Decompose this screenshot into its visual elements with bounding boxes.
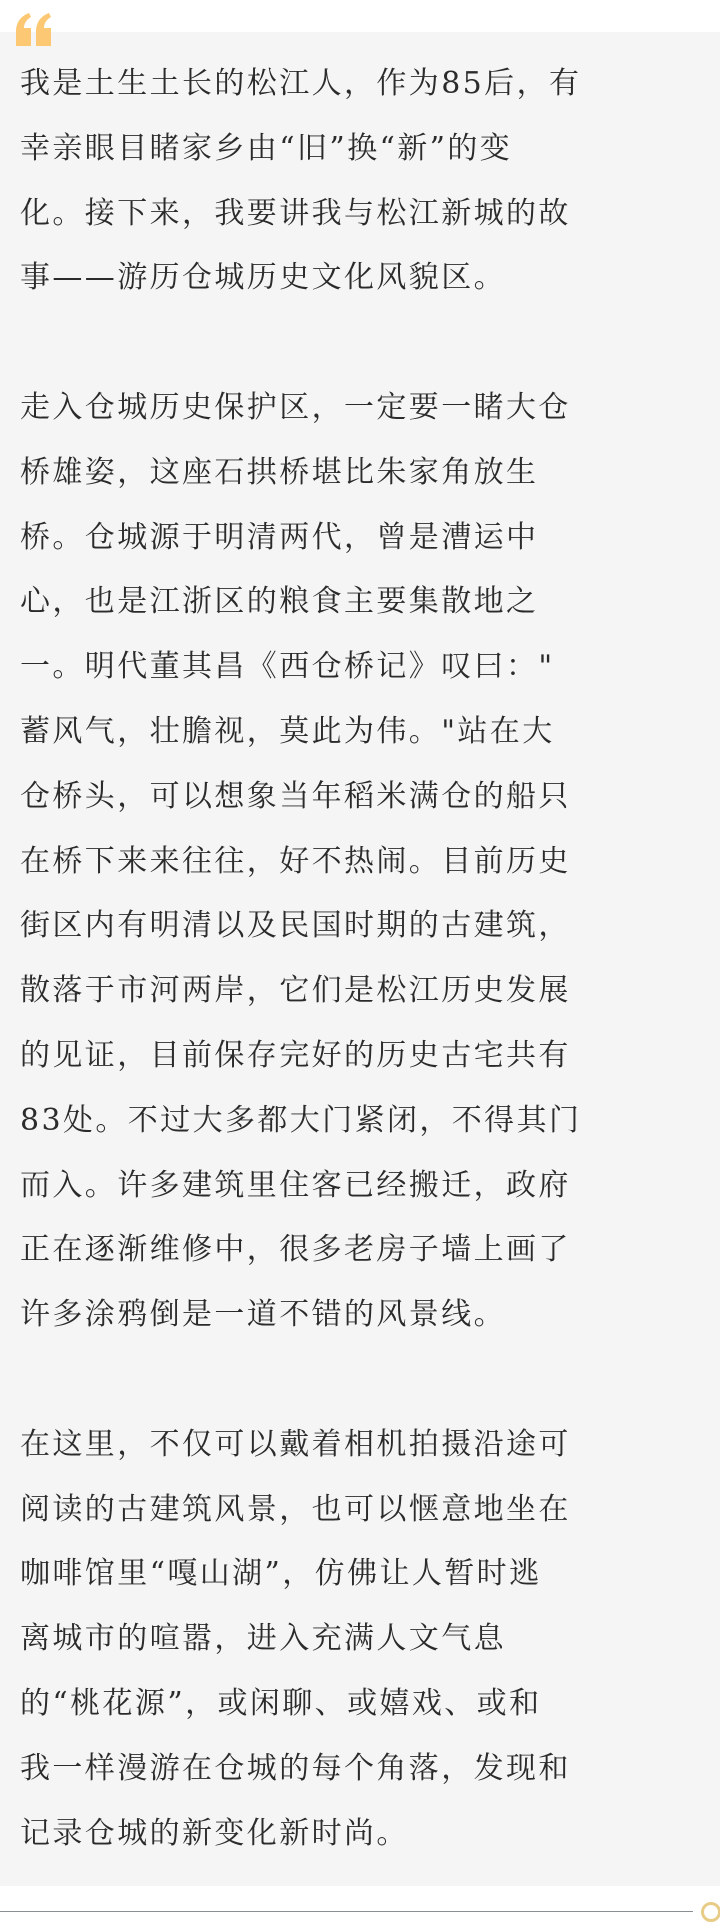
text-line: 记录仓城的新变化新时尚。: [20, 1802, 706, 1867]
text-line: 桥。仓城源于明清两代，曾是漕运中: [20, 506, 706, 571]
paragraph-leisure: 在这里，不仅可以戴着相机拍摄沿途可 阅读的古建筑风景，也可以惬意地坐在 咖啡馆里…: [20, 1413, 706, 1867]
text-line: 许多涂鸦倒是一道不错的风景线。: [20, 1283, 706, 1348]
text-line: 在这里，不仅可以戴着相机拍摄沿途可: [20, 1413, 706, 1478]
text-line: 仓桥头，可以想象当年稻米满仓的船只: [20, 765, 706, 830]
paragraph-history: 走入仓城历史保护区，一定要一睹大仓 桥雄姿，这座石拱桥堪比朱家角放生 桥。仓城源…: [20, 376, 706, 1348]
text-line: 事——游历仓城历史文化风貌区。: [20, 246, 706, 311]
text-line: 阅读的古建筑风景，也可以惬意地坐在: [20, 1478, 706, 1543]
text-line: 的“桃花源”，或闲聊、或嬉戏、或和: [20, 1672, 706, 1737]
text-line: 咖啡馆里“嘎山湖”，仿佛让人暂时逃: [20, 1542, 706, 1607]
text-line: 而入。许多建筑里住客已经搬迁，政府: [20, 1154, 706, 1219]
text-line: 走入仓城历史保护区，一定要一睹大仓: [20, 376, 706, 441]
text-line: 散落于市河两岸，它们是松江历史发展: [20, 959, 706, 1024]
text-line: 我是土生土长的松江人，作为85后，有: [20, 52, 706, 117]
text-line: 正在逐渐维修中，很多老房子墙上画了: [20, 1218, 706, 1283]
text-line: 蓄风气，壮膽视，莫此为伟。"站在大: [20, 700, 706, 765]
text-line: 83处。不过大多都大门紧闭，不得其门: [20, 1089, 706, 1154]
text-line: 一。明代董其昌《西仓桥记》叹曰：": [20, 635, 706, 700]
footer-divider: [0, 1911, 693, 1912]
open-double-quote-icon: [14, 12, 54, 46]
text-line: 我一样漫游在仓城的每个角落，发现和: [20, 1737, 706, 1802]
text-line: 在桥下来来往往，好不热闹。目前历史: [20, 830, 706, 895]
circle-ornament-icon: [701, 1902, 720, 1922]
paragraph-intro: 我是土生土长的松江人，作为85后，有 幸亲眼目睹家乡由“旧”换“新”的变 化。接…: [20, 52, 706, 311]
text-line: 桥雄姿，这座石拱桥堪比朱家角放生: [20, 441, 706, 506]
text-line: 幸亲眼目睹家乡由“旧”换“新”的变: [20, 117, 706, 182]
article-body: 我是土生土长的松江人，作为85后，有 幸亲眼目睹家乡由“旧”换“新”的变 化。接…: [20, 52, 706, 1866]
text-line: 化。接下来，我要讲我与松江新城的故: [20, 182, 706, 247]
text-line: 心，也是江浙区的粮食主要集散地之: [20, 570, 706, 635]
text-line: 的见证，目前保存完好的历史古宅共有: [20, 1024, 706, 1089]
text-line: 离城市的喧嚣，进入充满人文气息: [20, 1607, 706, 1672]
text-line: 街区内有明清以及民国时期的古建筑，: [20, 894, 706, 959]
